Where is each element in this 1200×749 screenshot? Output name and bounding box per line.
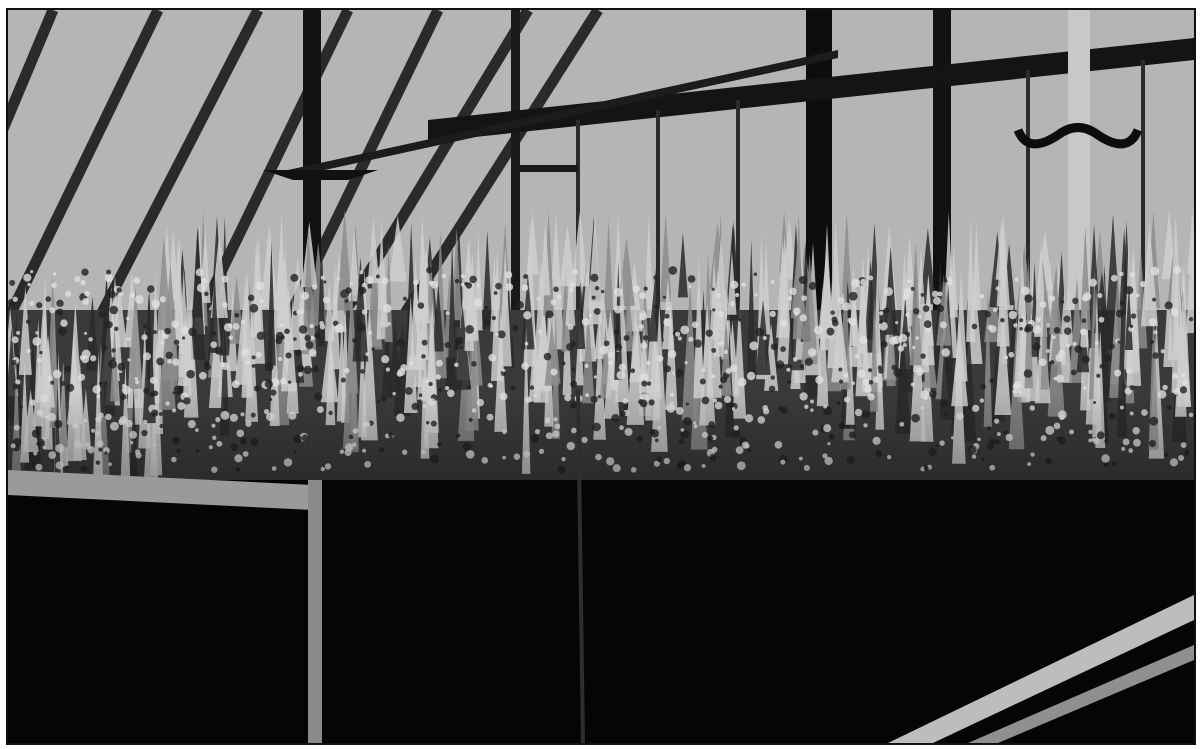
greenhouse-photo — [6, 8, 1196, 745]
photo-scene — [8, 10, 1194, 743]
